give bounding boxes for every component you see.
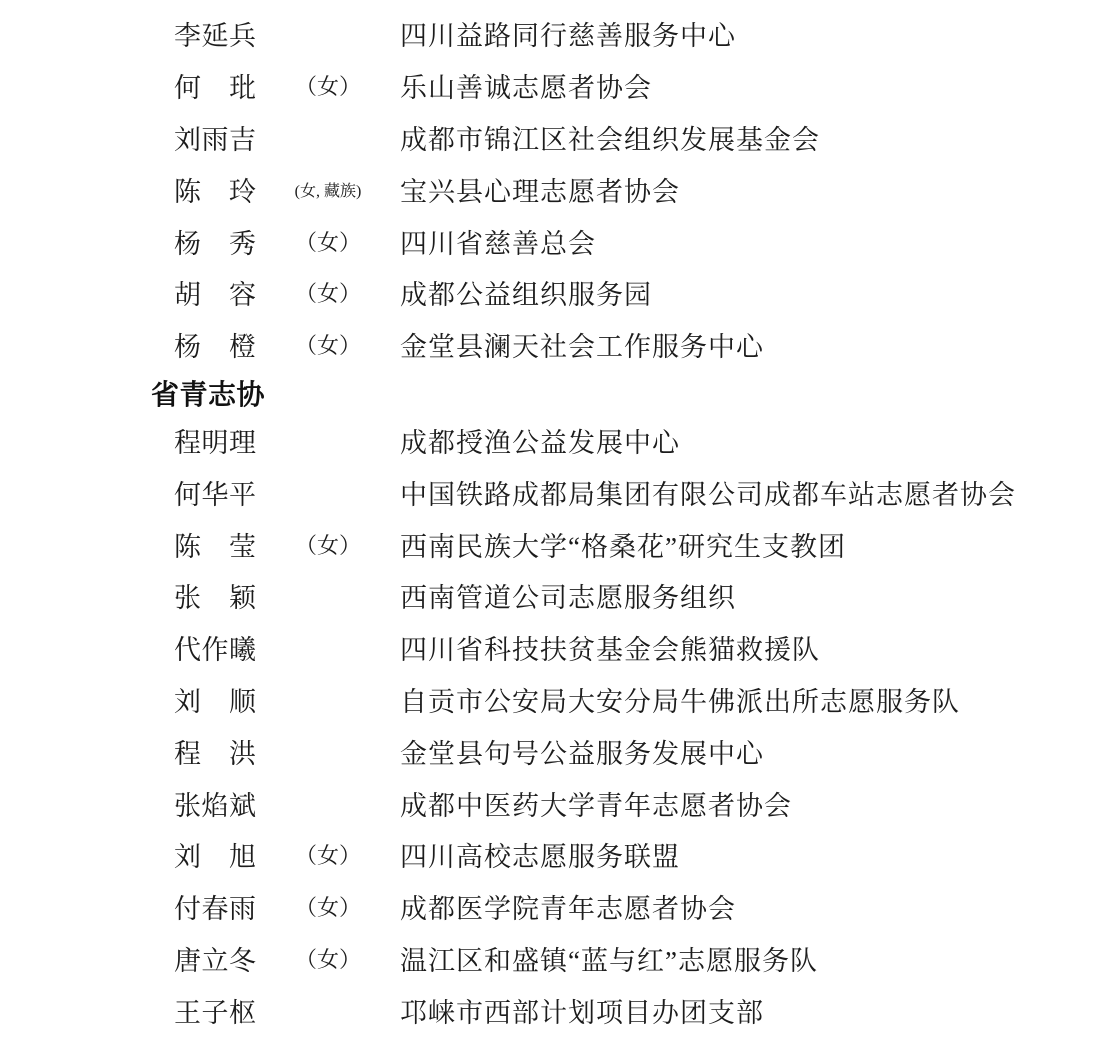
person-name-char: 洪 bbox=[229, 732, 256, 771]
person-name: 唐立冬 bbox=[174, 939, 256, 978]
person-name-char: 李 bbox=[174, 14, 201, 53]
person-name-char: 代 bbox=[174, 628, 201, 667]
gender-note: (女, 藏族) bbox=[256, 178, 400, 201]
person-name-char: 刘 bbox=[174, 118, 201, 157]
person-name-char: 王 bbox=[174, 991, 201, 1030]
person-name-char: 雨 bbox=[229, 887, 256, 926]
list-item: 何玭（女）乐山善诚志愿者协会 bbox=[0, 60, 1095, 112]
person-name-char: 玲 bbox=[229, 170, 256, 209]
list-item: 何华平中国铁路成都局集团有限公司成都车站志愿者协会 bbox=[0, 466, 1095, 518]
list-item: 王子枢邛崃市西部计划项目办团支部 bbox=[0, 984, 1095, 1036]
person-name-char: 曦 bbox=[229, 628, 256, 667]
person-name-char: 何 bbox=[174, 66, 201, 105]
person-name-char: 陈 bbox=[174, 170, 201, 209]
section-header: 省青志协 bbox=[151, 373, 265, 413]
person-name-char: 何 bbox=[174, 473, 201, 512]
person-name-char: 杨 bbox=[174, 325, 201, 364]
organization-name: 中国铁路成都局集团有限公司成都车站志愿者协会 bbox=[400, 473, 1095, 512]
person-name: 张焰斌 bbox=[174, 784, 256, 823]
person-name-char: 平 bbox=[229, 473, 256, 512]
person-name-char: 春 bbox=[202, 887, 229, 926]
organization-name: 宝兴县心理志愿者协会 bbox=[400, 170, 1095, 209]
section-header-row: 省青志协 bbox=[0, 371, 1095, 415]
person-name-char: 秀 bbox=[229, 222, 256, 261]
list-item: 李延兵四川益路同行慈善服务中心 bbox=[0, 8, 1095, 60]
gender-note: （女） bbox=[256, 329, 400, 360]
list-item: 刘旭（女）四川高校志愿服务联盟 bbox=[0, 829, 1095, 881]
person-name: 陈玲 bbox=[174, 170, 256, 209]
person-name-char: 容 bbox=[229, 273, 256, 312]
organization-name: 乐山善诚志愿者协会 bbox=[400, 66, 1095, 105]
person-name-char: 程 bbox=[174, 421, 201, 460]
person-name: 杨橙 bbox=[174, 325, 256, 364]
gender-note: （女） bbox=[256, 226, 400, 257]
list-item: 程洪金堂县句号公益服务发展中心 bbox=[0, 725, 1095, 777]
person-name-char: 陈 bbox=[174, 525, 201, 564]
person-name-char: 杨 bbox=[174, 222, 201, 261]
organization-name: 西南管道公司志愿服务组织 bbox=[400, 576, 1095, 615]
person-name-char: 华 bbox=[202, 473, 229, 512]
person-name-char: 张 bbox=[174, 576, 201, 615]
person-name-char: 兵 bbox=[229, 14, 256, 53]
person-name-char: 玭 bbox=[229, 66, 256, 105]
list-item: 付春雨（女）成都医学院青年志愿者协会 bbox=[0, 881, 1095, 933]
person-name-char: 胡 bbox=[174, 273, 201, 312]
list-item: 刘雨吉成都市锦江区社会组织发展基金会 bbox=[0, 112, 1095, 164]
person-name-char: 付 bbox=[174, 887, 201, 926]
person-name-char: 吉 bbox=[229, 118, 256, 157]
organization-name: 成都市锦江区社会组织发展基金会 bbox=[400, 118, 1095, 157]
person-name: 程明理 bbox=[174, 421, 256, 460]
person-name: 刘顺 bbox=[174, 680, 256, 719]
person-name-char: 斌 bbox=[229, 784, 256, 823]
person-name: 代作曦 bbox=[174, 628, 256, 667]
person-name-char: 刘 bbox=[174, 680, 201, 719]
person-name: 王子枢 bbox=[174, 991, 256, 1030]
organization-name: 温江区和盛镇“蓝与红”志愿服务队 bbox=[400, 939, 1095, 978]
person-name-char: 作 bbox=[202, 628, 229, 667]
person-name-char: 枢 bbox=[229, 991, 256, 1030]
person-name: 刘雨吉 bbox=[174, 118, 256, 157]
person-name: 付春雨 bbox=[174, 887, 256, 926]
gender-note: （女） bbox=[256, 839, 400, 870]
person-name-char: 莹 bbox=[229, 525, 256, 564]
person-name-char: 唐 bbox=[174, 939, 201, 978]
organization-name: 金堂县澜天社会工作服务中心 bbox=[400, 325, 1095, 364]
person-name: 何玭 bbox=[174, 66, 256, 105]
person-name-char: 焰 bbox=[202, 784, 229, 823]
person-name-char: 顺 bbox=[229, 680, 256, 719]
person-name: 李延兵 bbox=[174, 14, 256, 53]
person-name-char: 冬 bbox=[229, 939, 256, 978]
list-item: 刘顺自贡市公安局大安分局牛佛派出所志愿服务队 bbox=[0, 674, 1095, 726]
organization-name: 四川省科技扶贫基金会熊猫救援队 bbox=[400, 628, 1095, 667]
organization-name: 自贡市公安局大安分局牛佛派出所志愿服务队 bbox=[400, 680, 1095, 719]
list-item: 程明理成都授渔公益发展中心 bbox=[0, 415, 1095, 467]
gender-note: （女） bbox=[256, 891, 400, 922]
person-name-char: 张 bbox=[174, 784, 201, 823]
person-name-char: 子 bbox=[202, 991, 229, 1030]
person-name: 胡容 bbox=[174, 273, 256, 312]
organization-name: 成都中医药大学青年志愿者协会 bbox=[400, 784, 1095, 823]
person-name: 程洪 bbox=[174, 732, 256, 771]
person-name-char: 立 bbox=[202, 939, 229, 978]
organization-name: 成都授渔公益发展中心 bbox=[400, 421, 1095, 460]
gender-note: （女） bbox=[256, 943, 400, 974]
list-item: 代作曦四川省科技扶贫基金会熊猫救援队 bbox=[0, 622, 1095, 674]
person-name-char: 雨 bbox=[202, 118, 229, 157]
gender-note: （女） bbox=[256, 277, 400, 308]
person-name-char: 刘 bbox=[174, 835, 201, 874]
person-name-char: 明 bbox=[202, 421, 229, 460]
person-name: 何华平 bbox=[174, 473, 256, 512]
organization-name: 四川高校志愿服务联盟 bbox=[400, 835, 1095, 874]
organization-name: 成都公益组织服务园 bbox=[400, 273, 1095, 312]
gender-note: （女） bbox=[256, 529, 400, 560]
person-name-char: 旭 bbox=[229, 835, 256, 874]
list-item: 陈莹（女）西南民族大学“格桑花”研究生支教团 bbox=[0, 518, 1095, 570]
organization-name: 成都医学院青年志愿者协会 bbox=[400, 887, 1095, 926]
person-name: 陈莹 bbox=[174, 525, 256, 564]
list-item: 张焰斌成都中医药大学青年志愿者协会 bbox=[0, 777, 1095, 829]
person-name: 张颖 bbox=[174, 576, 256, 615]
gender-note: （女） bbox=[256, 70, 400, 101]
person-name-char: 理 bbox=[229, 421, 256, 460]
organization-name: 西南民族大学“格桑花”研究生支教团 bbox=[400, 525, 1095, 564]
organization-name: 四川益路同行慈善服务中心 bbox=[400, 14, 1095, 53]
list-item: 唐立冬（女）温江区和盛镇“蓝与红”志愿服务队 bbox=[0, 933, 1095, 985]
person-name-char: 颖 bbox=[229, 576, 256, 615]
person-name-char: 程 bbox=[174, 732, 201, 771]
person-name-char: 橙 bbox=[229, 325, 256, 364]
organization-name: 四川省慈善总会 bbox=[400, 222, 1095, 261]
person-name-char: 延 bbox=[202, 14, 229, 53]
list-item: 杨秀（女）四川省慈善总会 bbox=[0, 215, 1095, 267]
person-name: 杨秀 bbox=[174, 222, 256, 261]
document-page: 李延兵四川益路同行慈善服务中心何玭（女）乐山善诚志愿者协会刘雨吉成都市锦江区社会… bbox=[0, 0, 1095, 1037]
list-item: 陈玲(女, 藏族)宝兴县心理志愿者协会 bbox=[0, 163, 1095, 215]
list-item: 张颖西南管道公司志愿服务组织 bbox=[0, 570, 1095, 622]
list-item: 胡容（女）成都公益组织服务园 bbox=[0, 267, 1095, 319]
organization-name: 金堂县句号公益服务发展中心 bbox=[400, 732, 1095, 771]
organization-name: 邛崃市西部计划项目办团支部 bbox=[400, 991, 1095, 1030]
person-name: 刘旭 bbox=[174, 835, 256, 874]
list-item: 杨橙（女）金堂县澜天社会工作服务中心 bbox=[0, 319, 1095, 371]
